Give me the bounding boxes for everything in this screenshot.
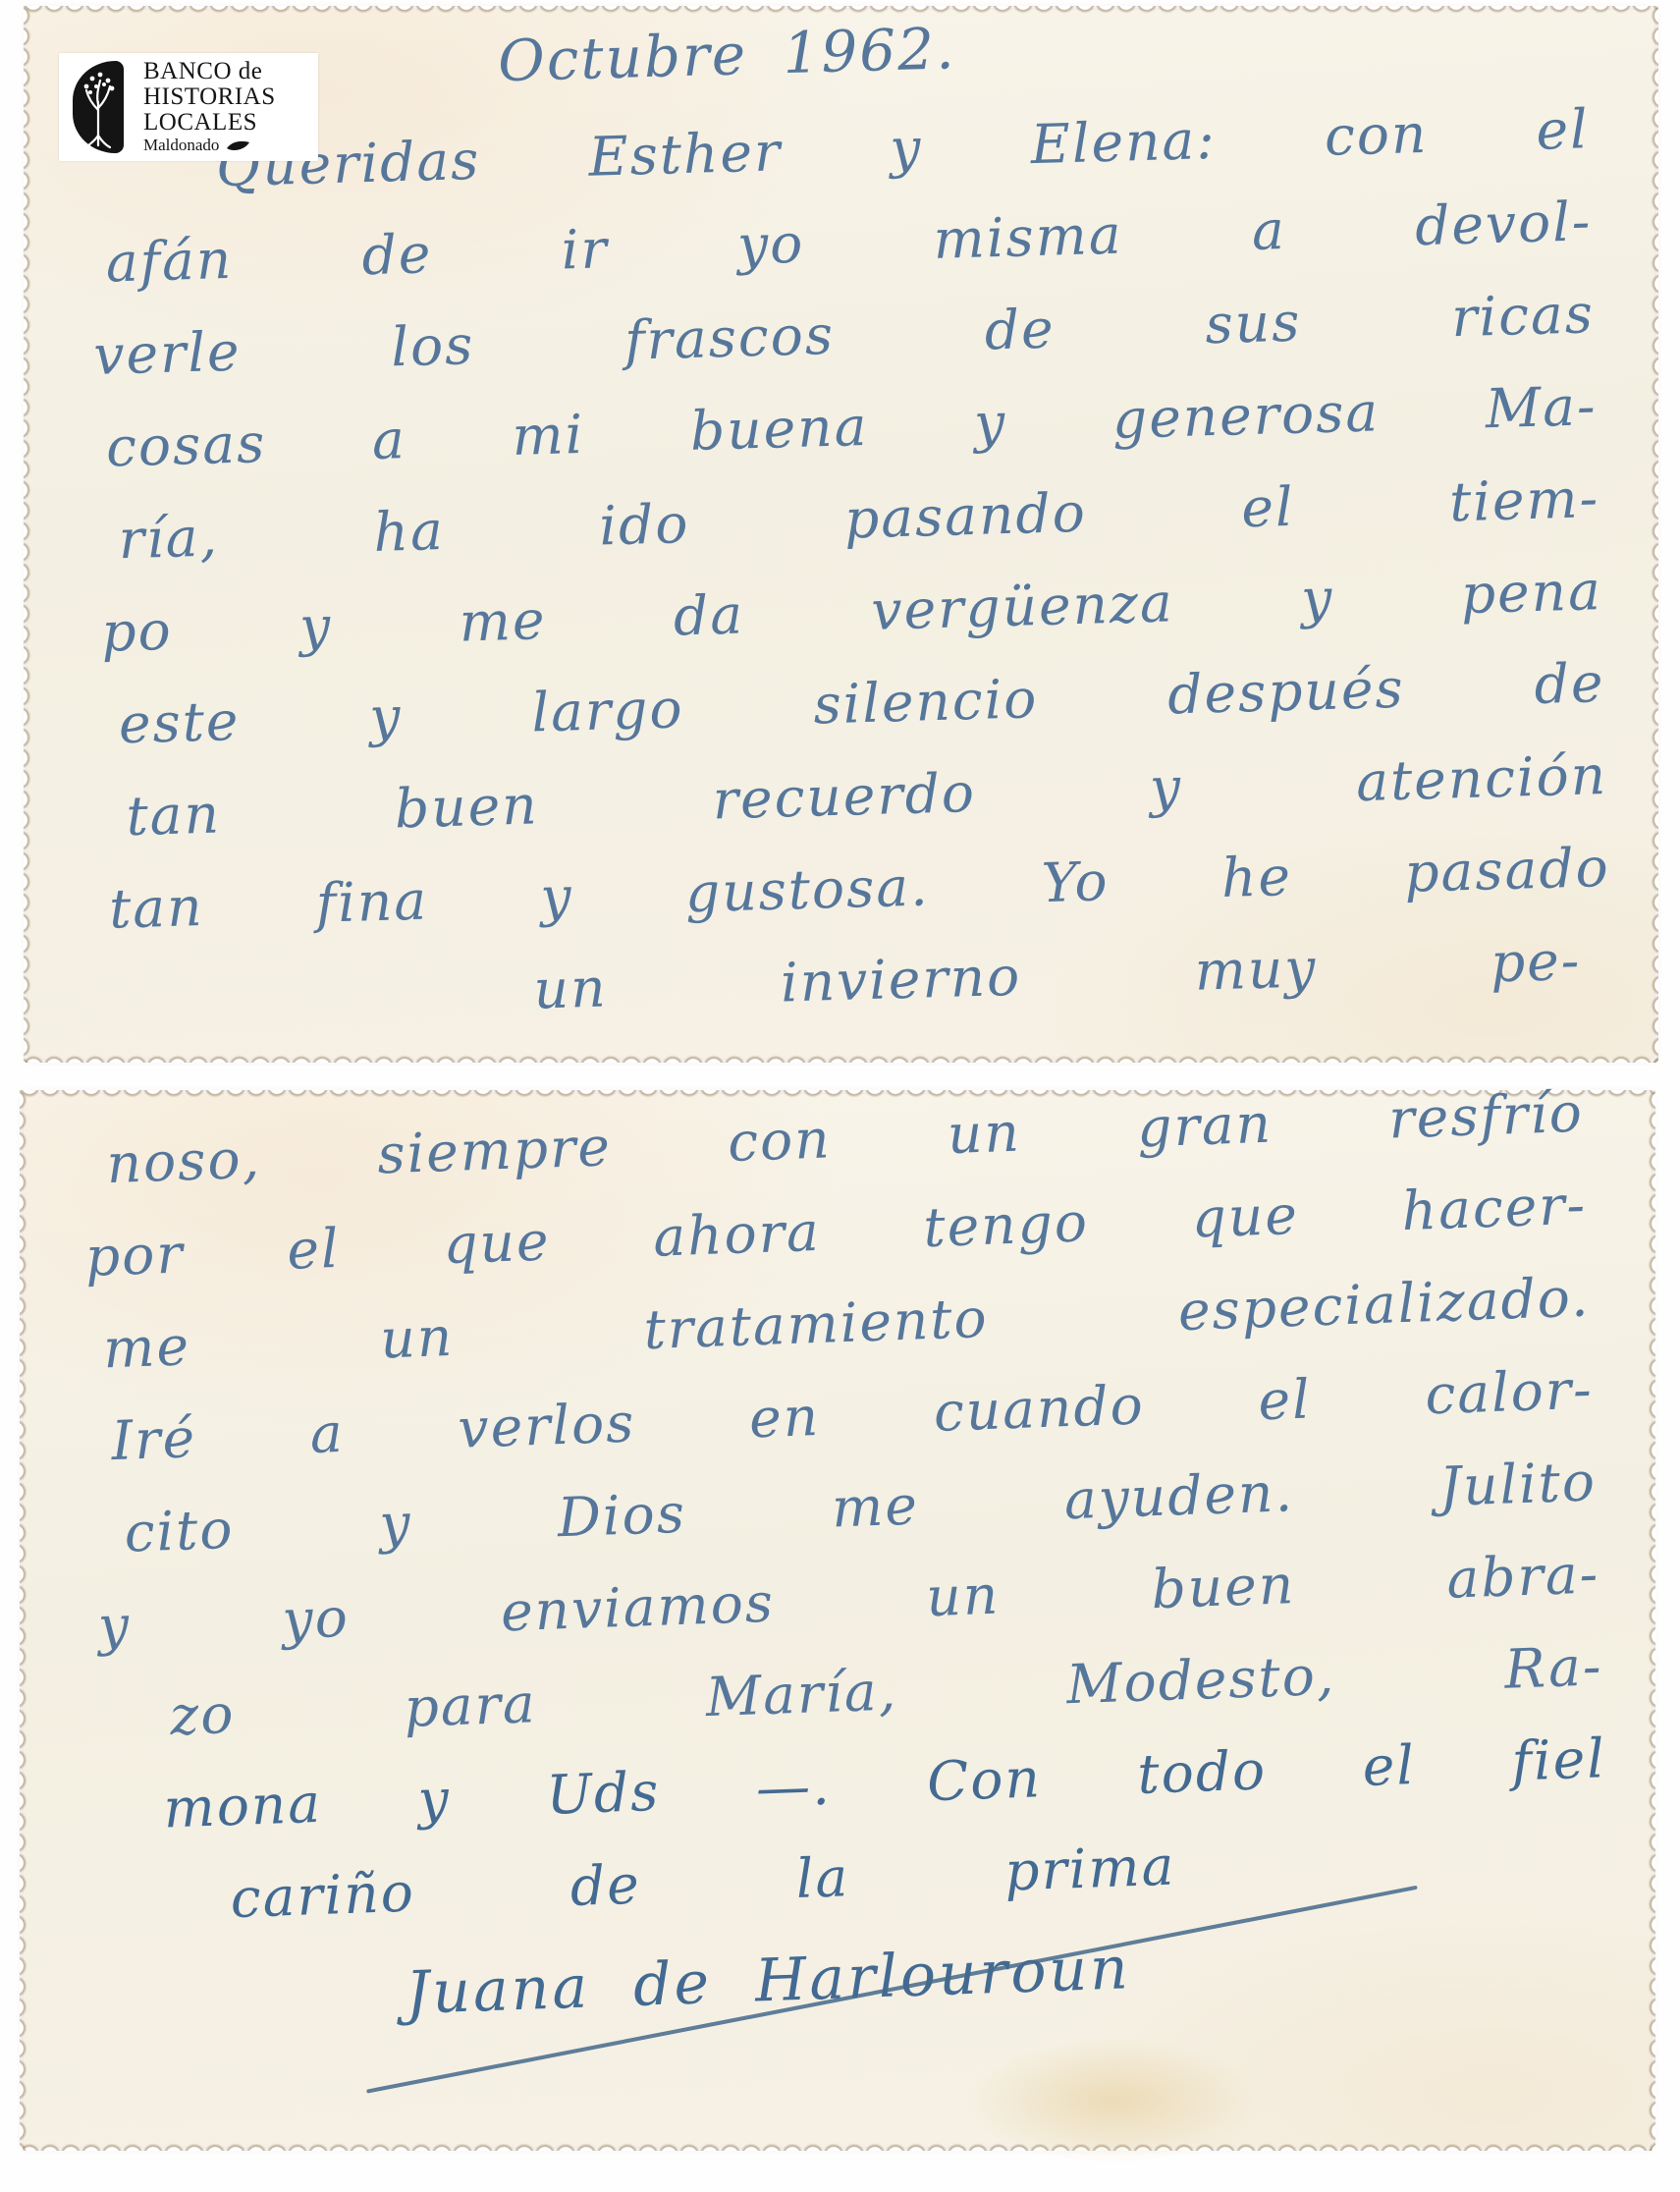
- letter-page-1: Octubre 1962. Queridas Esther y Elena: c…: [27, 10, 1654, 1059]
- paper-stain: [966, 2037, 1261, 2165]
- deckle-edge-bottom: [24, 1049, 1658, 1063]
- page2-text: noso, siempre con un gran resfrío por el…: [81, 1067, 1643, 2068]
- leaf-icon: [225, 138, 250, 152]
- letter-scan: Octubre 1962. Queridas Esther y Elena: c…: [0, 0, 1680, 2192]
- archive-logo: BANCO de HISTORIAS LOCALES Maldonado: [59, 53, 318, 161]
- deckle-edge-left: [24, 6, 37, 1063]
- deckle-edge-right: [1645, 6, 1658, 1063]
- letter-page-2: noso, siempre con un gran resfrío por el…: [24, 1094, 1652, 2147]
- logo-subtitle: Maldonado: [143, 136, 219, 155]
- deckle-edge-right: [1642, 1090, 1655, 2151]
- tree-icon: [67, 59, 137, 155]
- deckle-edge-bottom: [20, 2137, 1655, 2151]
- logo-text: BANCO de HISTORIAS LOCALES Maldonado: [143, 59, 276, 155]
- logo-locales-line: LOCALES: [143, 110, 276, 136]
- logo-banco-line: BANCO de: [143, 59, 276, 84]
- deckle-edge-left: [20, 1090, 33, 2151]
- logo-historias-line: HISTORIAS: [143, 84, 276, 110]
